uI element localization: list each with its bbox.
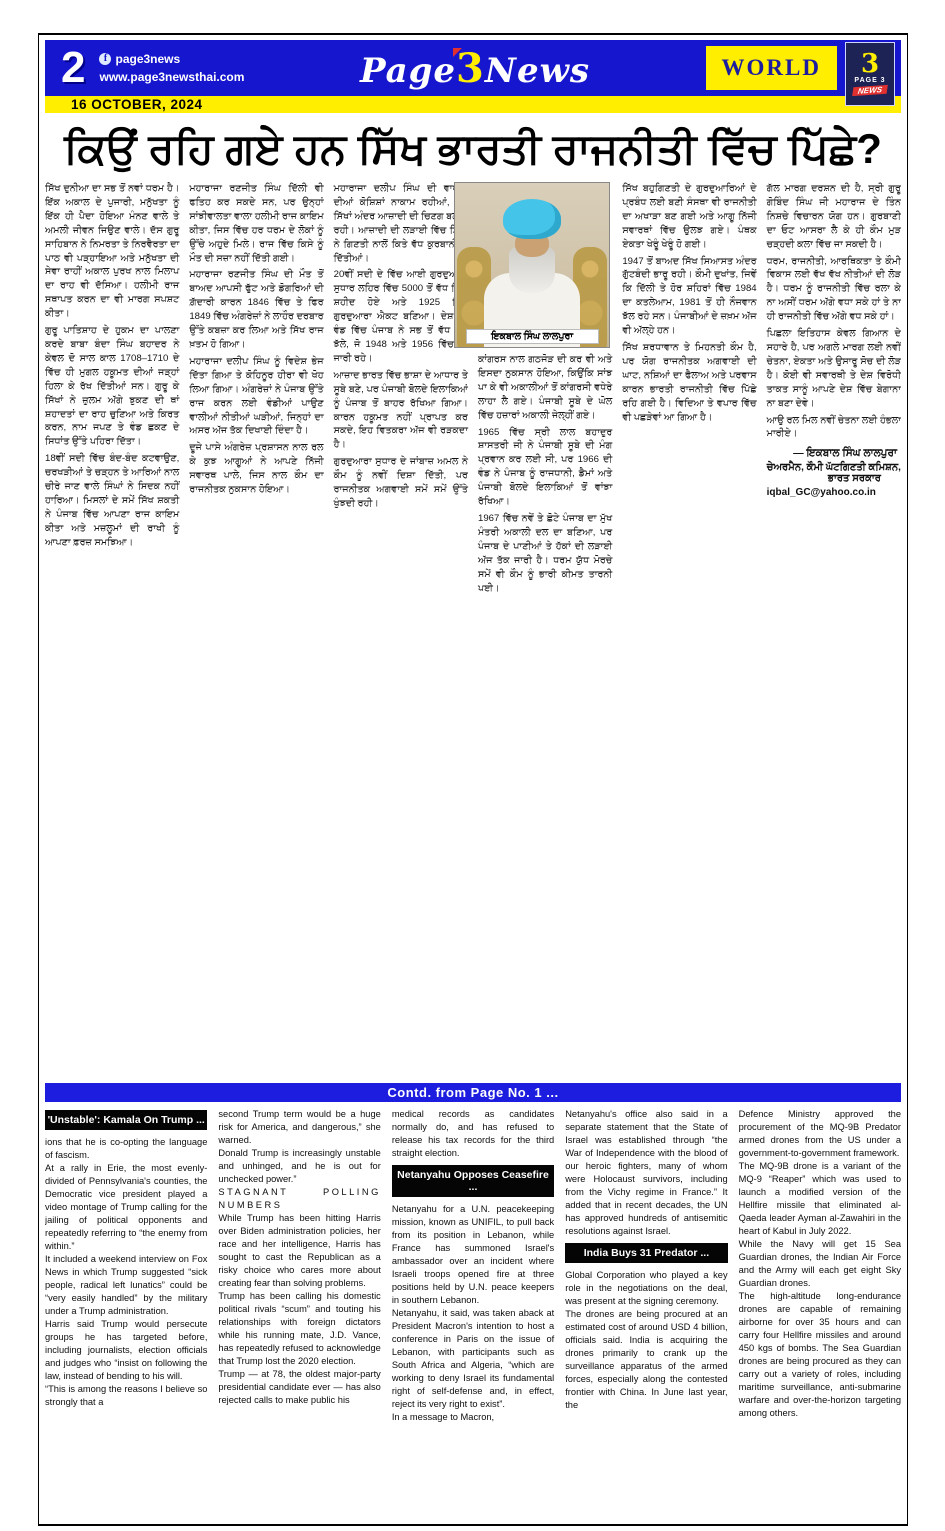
body-paragraph: 1947 ਤੋਂ ਬਾਅਦ ਸਿੱਖ ਸਿਆਸਤ ਅੰਦਰ ਗੁੱਟਬੰਦੀ ਭ… bbox=[622, 255, 756, 338]
body-paragraph: ਮਹਾਰਾਜਾ ਰਣਜੀਤ ਸਿੰਘ ਦਿੱਲੀ ਵੀ ਫਤਿਹ ਕਰ ਸਕਦੇ… bbox=[189, 182, 323, 265]
body-paragraph: ਗੁਰਦੁਆਰਾ ਸੁਧਾਰ ਦੇ ਜਾਂਬਾਜ਼ ਅਮਲ ਨੇ ਕੌਮ ਨੂੰ… bbox=[334, 455, 468, 511]
body-paragraph: ਕਾਂਗਰਸ ਨਾਲ ਗਠਜੋੜ ਦੀ ਕਰ ਵੀ ਅਤੇ ਇਸਦਾ ਨੁਕਸਾ… bbox=[478, 353, 612, 423]
facebook-icon: f bbox=[99, 53, 111, 65]
body-paragraph: Trump has been calling his domestic poli… bbox=[218, 1290, 380, 1368]
body-paragraph: Netanyahu for a U.N. peacekeeping missio… bbox=[392, 1203, 554, 1307]
body-paragraph: medical records as candidates normally d… bbox=[392, 1108, 554, 1160]
contd-banner: Contd. from Page No. 1 ... bbox=[45, 1083, 901, 1102]
news-section-header: India Buys 31 Predator ... bbox=[565, 1243, 727, 1263]
page-frame: 2 f page3news www.page3newsthai.com Page… bbox=[38, 33, 908, 1526]
body-paragraph: 18ਵੀਂ ਸਦੀ ਵਿੱਚ ਬੰਦ-ਬੰਦ ਕਟਵਾਉਣ, ਚਰਖੜੀਆਂ ਤ… bbox=[45, 452, 179, 549]
social-block: f page3news www.page3newsthai.com bbox=[99, 50, 244, 86]
english-column-2: second Trump term would be a huge risk f… bbox=[218, 1108, 380, 1516]
body-paragraph: ਗੱਲ ਮਾਰਗ ਦਰਸ਼ਨ ਦੀ ਹੈ, ਸ੍ਰੀ ਗੁਰੂ ਗੋਬਿੰਦ ਸ… bbox=[767, 182, 901, 252]
body-paragraph: ਧਰਮ, ਰਾਜਨੀਤੀ, ਆਰਥਿਕਤਾ ਤੇ ਕੌਮੀ ਵਿਕਾਸ ਲਈ ਵ… bbox=[767, 255, 901, 325]
author-email: iqbal_GC@yahoo.co.in bbox=[767, 487, 901, 498]
page-number: 2 bbox=[51, 46, 99, 90]
body-paragraph: ਸਿੱਖ ਸ਼ਰਧਾਵਾਨ ਤੇ ਮਿਹਨਤੀ ਕੌਮ ਹੈ, ਪਰ ਯੋਗ ਰ… bbox=[622, 341, 756, 424]
page-header: 2 f page3news www.page3newsthai.com Page… bbox=[45, 40, 901, 113]
body-paragraph: At a rally in Erie, the most evenly-divi… bbox=[45, 1162, 207, 1253]
logo-page3-text: PAGE 3 bbox=[854, 77, 885, 84]
body-paragraph: ions that he is co-opting the language o… bbox=[45, 1136, 207, 1162]
article-headline: ਕਿਉਂ ਰਹਿ ਗਏ ਹਨ ਸਿੱਖ ਭਾਰਤੀ ਰਾਜਨੀਤੀ ਵਿੱਚ ਪ… bbox=[45, 125, 901, 174]
body-paragraph: ਆਜ਼ਾਦ ਭਾਰਤ ਵਿੱਚ ਭਾਸ਼ਾ ਦੇ ਆਧਾਰ ਤੇ ਸੂਬੇ ਬਣ… bbox=[334, 369, 468, 452]
body-paragraph: Netanyahu's office also said in a separa… bbox=[565, 1108, 727, 1238]
body-paragraph: ਗੁਰੂ ਪਾਤਿਸ਼ਾਹ ਦੇ ਹੁਕਮ ਦਾ ਪਾਲਣਾ ਕਰਦੇ ਬਾਬਾ… bbox=[45, 324, 179, 449]
article-column-3: ਮਹਾਰਾਜਾ ਦਲੀਪ ਸਿੰਘ ਦੀ ਵਾਪਸੀ ਦੀਆਂ ਕੋਸ਼ਿਸ਼ਾ… bbox=[334, 182, 468, 1078]
author-block: — ਇਕਬਾਲ ਸਿੰਘ ਲਾਲਪੁਰਾ ਚੇਅਰਮੈਨ, ਕੌਮੀ ਘੱਟਗਿ… bbox=[767, 447, 901, 498]
body-paragraph: ਸਿੱਖ ਦੁਨੀਆ ਦਾ ਸਭ ਤੋਂ ਨਵਾਂ ਧਰਮ ਹੈ। ਇੱਕ ਅਕ… bbox=[45, 182, 179, 321]
article-body: ਸਿੱਖ ਦੁਨੀਆ ਦਾ ਸਭ ਤੋਂ ਨਵਾਂ ਧਰਮ ਹੈ। ਇੱਕ ਅਕ… bbox=[45, 182, 901, 1078]
website-url: www.page3newsthai.com bbox=[99, 68, 244, 86]
logo-news-ribbon: NEWS bbox=[852, 85, 888, 96]
date-bar: 16 OCTOBER, 2024 bbox=[45, 96, 901, 113]
body-paragraph: Netanyahu, it said, was taken aback at P… bbox=[392, 1307, 554, 1411]
body-paragraph: second Trump term would be a huge risk f… bbox=[218, 1108, 380, 1147]
masthead-part3: News bbox=[485, 51, 590, 91]
header-blue-bar: 2 f page3news www.page3newsthai.com Page… bbox=[45, 40, 901, 96]
body-paragraph: Global Corporation who played a key role… bbox=[565, 1269, 727, 1308]
article-photo: ਇਕਬਾਲ ਸਿੰਘ ਲਾਲਪੁਰਾ bbox=[454, 182, 610, 348]
body-paragraph: Harris said Trump would persecute groups… bbox=[45, 1318, 207, 1383]
body-paragraph: Defence Ministry approved the procuremen… bbox=[739, 1108, 901, 1160]
body-paragraph: The high-altitude long-endurance drones … bbox=[739, 1290, 901, 1420]
newspaper-page: 2 f page3news www.page3newsthai.com Page… bbox=[0, 0, 945, 1531]
english-section: 'Unstable': Kamala On Trump ...ions that… bbox=[45, 1108, 901, 1516]
body-paragraph: The MQ-9B drone is a variant of the MQ-9… bbox=[739, 1160, 901, 1238]
article-column-4: ਇਕਬਾਲ ਸਿੰਘ ਲਾਲਪੁਰਾ ਕਾਂਗਰਸ ਨਾਲ ਗਠਜੋੜ ਦੀ ਕ… bbox=[478, 182, 612, 1078]
masthead-part1: Page bbox=[360, 51, 456, 91]
body-paragraph: 1967 ਵਿੱਚ ਨਵੇਂ ਤੇ ਛੋਟੇ ਪੰਜਾਬ ਦਾ ਮੁੱਖ ਮੰਤ… bbox=[478, 512, 612, 595]
body-paragraph: ਆਉ ਰਲ ਮਿਲ ਨਵੀਂ ਚੇਤਨਾ ਲਈ ਹੰਭਲਾ ਮਾਰੀਏ। bbox=[767, 414, 901, 442]
body-paragraph: ਦੂਜੇ ਪਾਸੇ ਅੰਗਰੇਜ਼ ਪ੍ਰਸ਼ਾਸਨ ਨਾਲ ਰਲ ਕੇ ਕੁਝ… bbox=[189, 441, 323, 497]
section-label: WORLD bbox=[706, 46, 837, 90]
body-paragraph: ਸਿੱਖ ਬਹੁਗਿਣਤੀ ਦੇ ਗੁਰਦੁਆਰਿਆਂ ਦੇ ਪ੍ਰਬੰਧ ਲਈ… bbox=[622, 182, 756, 252]
article-column-2: ਮਹਾਰਾਜਾ ਰਣਜੀਤ ਸਿੰਘ ਦਿੱਲੀ ਵੀ ਫਤਿਹ ਕਰ ਸਕਦੇ… bbox=[189, 182, 323, 1078]
author-name: — ਇਕਬਾਲ ਸਿੰਘ ਲਾਲਪੁਰਾ bbox=[767, 447, 901, 460]
article-column-6: ਗੱਲ ਮਾਰਗ ਦਰਸ਼ਨ ਦੀ ਹੈ, ਸ੍ਰੀ ਗੁਰੂ ਗੋਬਿੰਦ ਸ… bbox=[767, 182, 901, 1078]
author-organization: ਭਾਰਤ ਸਰਕਾਰ bbox=[767, 473, 901, 484]
social-handle: page3news bbox=[115, 50, 180, 68]
logo-number: 3 bbox=[861, 53, 879, 76]
body-paragraph: STAGNANT POLLING NUMBERS bbox=[218, 1186, 380, 1212]
body-paragraph: ਪਿਛਲਾ ਇਤਿਹਾਸ ਕੇਵਲ ਗਿਆਨ ਦੇ ਸਹਾਰੇ ਹੈ, ਪਰ ਅ… bbox=[767, 327, 901, 410]
english-column-4: Netanyahu's office also said in a separa… bbox=[565, 1108, 727, 1516]
body-paragraph: ਮਹਾਰਾਜਾ ਦਲੀਪ ਸਿੰਘ ਦੀ ਵਾਪਸੀ ਦੀਆਂ ਕੋਸ਼ਿਸ਼ਾ… bbox=[334, 182, 468, 265]
body-paragraph: While Trump has been hitting Harris over… bbox=[218, 1212, 380, 1290]
body-paragraph: Trump — at 78, the oldest major-party pr… bbox=[218, 1368, 380, 1407]
body-paragraph: Donald Trump is increasingly unstable an… bbox=[218, 1147, 380, 1186]
author-title: ਚੇਅਰਮੈਨ, ਕੌਮੀ ਘੱਟਗਿਣਤੀ ਕਮਿਸ਼ਨ, bbox=[767, 462, 901, 473]
article-column-5: ਸਿੱਖ ਬਹੁਗਿਣਤੀ ਦੇ ਗੁਰਦੁਆਰਿਆਂ ਦੇ ਪ੍ਰਬੰਧ ਲਈ… bbox=[622, 182, 756, 1078]
masthead-part2: 3 bbox=[456, 45, 485, 92]
body-paragraph: “This is among the reasons I believe so … bbox=[45, 1383, 207, 1409]
photo-caption: ਇਕਬਾਲ ਸਿੰਘ ਲਾਲਪੁਰਾ bbox=[466, 329, 599, 344]
article-column-1: ਸਿੱਖ ਦੁਨੀਆ ਦਾ ਸਭ ਤੋਂ ਨਵਾਂ ਧਰਮ ਹੈ। ਇੱਕ ਅਕ… bbox=[45, 182, 179, 1078]
body-paragraph: While the Navy will get 15 Sea Guardian … bbox=[739, 1238, 901, 1290]
body-paragraph: ਮਹਾਰਾਜਾ ਰਣਜੀਤ ਸਿੰਘ ਦੀ ਮੌਤ ਤੋਂ ਬਾਅਦ ਆਪਸੀ … bbox=[189, 268, 323, 351]
english-column-3: medical records as candidates normally d… bbox=[392, 1108, 554, 1516]
body-paragraph: The drones are being procured at an esti… bbox=[565, 1308, 727, 1412]
portrait-turban bbox=[503, 199, 561, 239]
page3-logo: 3 PAGE 3 NEWS bbox=[845, 42, 895, 106]
body-paragraph: 20ਵੀਂ ਸਦੀ ਦੇ ਵਿੱਚ ਆਈ ਗੁਰਦੁਆਰਾ ਸੁਧਾਰ ਲਹਿਰ… bbox=[334, 268, 468, 365]
news-section-header: 'Unstable': Kamala On Trump ... bbox=[45, 1110, 207, 1130]
body-paragraph: It included a weekend interview on Fox N… bbox=[45, 1253, 207, 1318]
body-paragraph: 1965 ਵਿੱਚ ਸ੍ਰੀ ਲਾਲ ਬਹਾਦੁਰ ਸ਼ਾਸਤਰੀ ਜੀ ਨੇ … bbox=[478, 426, 612, 509]
masthead-logo: Page3News bbox=[244, 45, 705, 92]
news-section-header: Netanyahu Opposes Ceasefire ... bbox=[392, 1165, 554, 1197]
body-paragraph: In a message to Macron, bbox=[392, 1411, 554, 1424]
body-paragraph: ਮਹਾਰਾਜਾ ਦਲੀਪ ਸਿੰਘ ਨੂੰ ਵਿਦੇਸ਼ ਭੇਜ ਦਿੱਤਾ ਗ… bbox=[189, 355, 323, 438]
english-column-1: 'Unstable': Kamala On Trump ...ions that… bbox=[45, 1108, 207, 1516]
english-column-5: Defence Ministry approved the procuremen… bbox=[739, 1108, 901, 1516]
